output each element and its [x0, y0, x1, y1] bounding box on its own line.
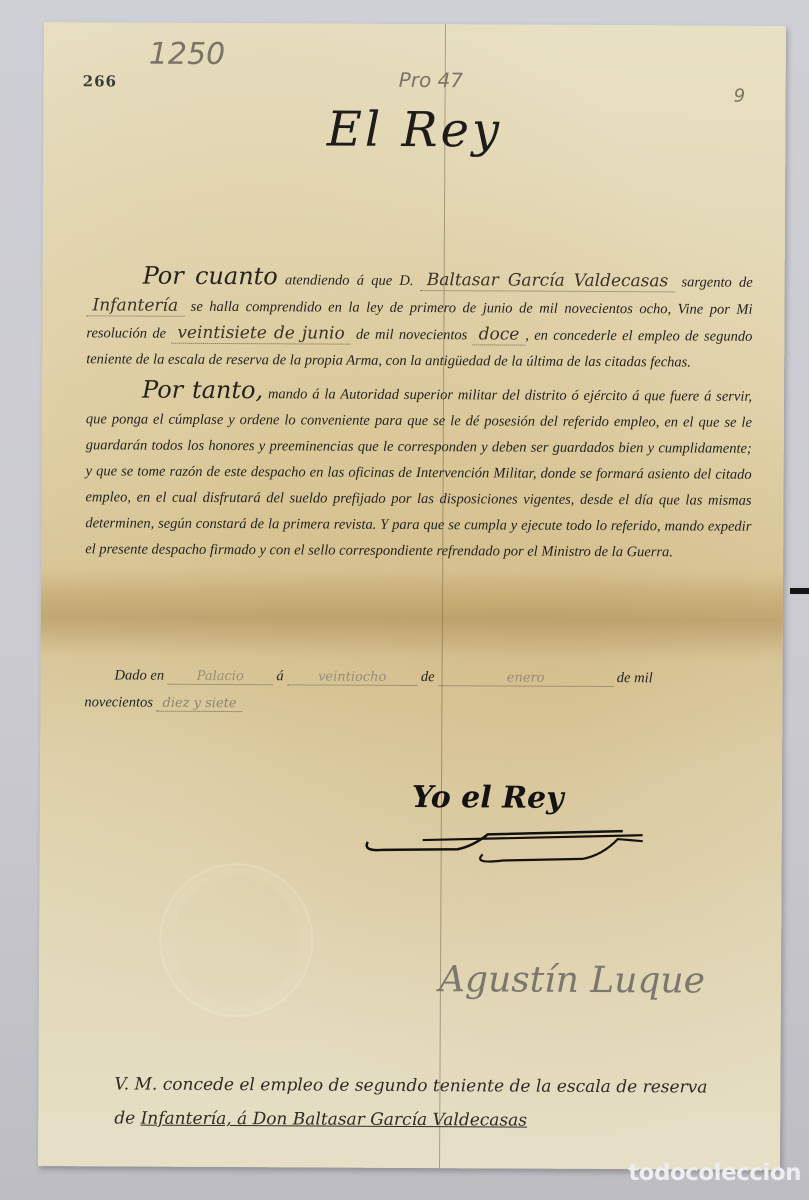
pencil-annotation-top-left: 1250 — [149, 37, 226, 72]
lead-por-cuanto: Por cuanto — [143, 262, 278, 291]
signature-flourish-icon — [363, 824, 663, 866]
label-dado-en: Dado en — [115, 667, 165, 683]
marginal-note-line-1: V. M. concede el empleo de segundo tenie… — [114, 1067, 754, 1104]
embossed-seal — [159, 863, 314, 1018]
handwritten-resolution-date: veintisiete de junio — [171, 323, 350, 345]
text-fragment: sargento de — [682, 274, 753, 290]
watermark-logo: todocoleccion — [628, 1160, 801, 1186]
handwritten-day: veintiocho — [287, 669, 417, 686]
handwritten-name: Baltasar García Valdecasas — [421, 270, 675, 292]
text-fragment: atendiendo á que D. — [285, 272, 414, 289]
handwritten-place: Palacio — [168, 669, 273, 686]
handwritten-arm: Infantería — [86, 295, 184, 317]
text-fragment: de mil novecientos — [356, 327, 467, 344]
paragraph-por-tanto: Por tanto, mando á la Autoridad superior… — [85, 376, 752, 565]
document-title: El Rey — [43, 100, 785, 160]
water-stain — [41, 567, 783, 661]
text-fragment: de — [114, 1108, 135, 1128]
label-de: de — [421, 669, 435, 685]
handwritten-resolution-year: doce — [473, 324, 526, 345]
document-body: Por cuanto atendiendo á que D. Baltasar … — [85, 262, 753, 569]
dated-line: Dado en Palacio á veintiocho de enero de… — [115, 667, 653, 687]
stamp-number: 266 — [83, 72, 117, 90]
minister-signature: Agustín Luque — [439, 959, 705, 1001]
king-signature: Yo el Rey — [412, 780, 564, 816]
label-novecientos: novecientos — [84, 694, 153, 710]
handwritten-year: diez y siete — [156, 696, 242, 712]
marginal-note-line-2: de Infantería, á Don Baltasar García Val… — [114, 1101, 754, 1138]
label-a: á — [276, 668, 283, 684]
marginal-note: V. M. concede el empleo de segundo tenie… — [114, 1067, 754, 1138]
document-sheet: 266 1250 Pro 47 9 El Rey Por cuanto aten… — [38, 22, 786, 1170]
text-fragment: mando á la Autoridad superior militar de… — [85, 386, 752, 560]
paragraph-por-cuanto: Por cuanto atendiendo á que D. Baltasar … — [86, 262, 753, 375]
pencil-annotation-top-center: Pro 47 — [399, 68, 463, 92]
label-de-mil: de mil — [617, 670, 653, 686]
handwritten-month: enero — [438, 670, 613, 687]
edge-mark — [790, 588, 809, 594]
dated-line-year: novecientos diez y siete — [84, 694, 242, 712]
lead-por-tanto: Por tanto, — [142, 376, 263, 405]
underlined-recipient: Infantería, á Don Baltasar García Valdec… — [141, 1109, 528, 1131]
